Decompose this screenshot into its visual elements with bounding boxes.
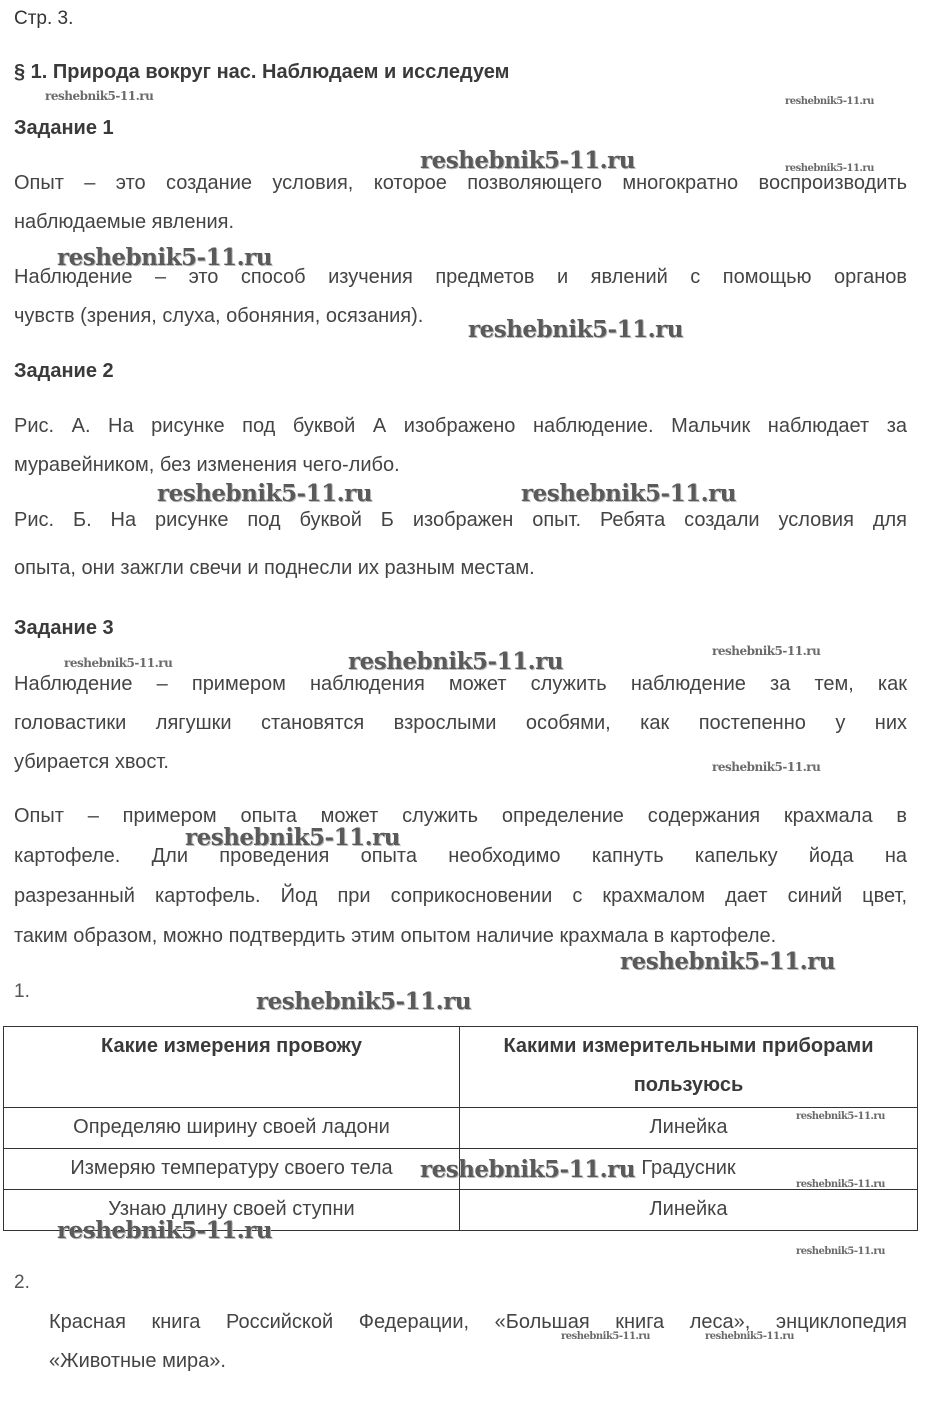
item-2-line-2: «Животные мира». bbox=[49, 1350, 907, 1373]
table-cell: Линейка bbox=[460, 1190, 918, 1231]
measurements-table: Какие измерения провожу Какими измерител… bbox=[3, 1026, 918, 1231]
task-3-line-5: картофеле. Дли проведения опыта необходи… bbox=[14, 845, 907, 868]
task-2-line-2: муравейником, без изменения чего-либо. bbox=[14, 454, 907, 477]
watermark: reshebnik5-11.ru bbox=[796, 1246, 885, 1257]
watermark: reshebnik5-11.ru bbox=[256, 988, 471, 1015]
watermark: reshebnik5-11.ru bbox=[712, 644, 820, 658]
watermark: reshebnik5-11.ru bbox=[45, 89, 153, 103]
watermark: reshebnik5-11.ru bbox=[796, 1111, 885, 1122]
watermark: reshebnik5-11.ru bbox=[420, 147, 635, 174]
task-1-line-4: чувств (зрения, слуха, обоняния, осязани… bbox=[14, 305, 907, 328]
task-3-title: Задание 3 bbox=[14, 617, 114, 640]
watermark: reshebnik5-11.ru bbox=[57, 244, 272, 271]
task-1-title: Задание 1 bbox=[14, 117, 114, 140]
watermark: reshebnik5-11.ru bbox=[521, 480, 736, 507]
task-3-line-4: Опыт – примером опыта может служить опре… bbox=[14, 805, 907, 828]
watermark: reshebnik5-11.ru bbox=[468, 316, 683, 343]
watermark: reshebnik5-11.ru bbox=[705, 1331, 794, 1342]
item-2-label: 2. bbox=[14, 1272, 30, 1294]
section-title: § 1. Природа вокруг нас. Наблюдаем и исс… bbox=[14, 61, 509, 84]
watermark: reshebnik5-11.ru bbox=[420, 1156, 635, 1183]
watermark: reshebnik5-11.ru bbox=[348, 648, 563, 675]
watermark: reshebnik5-11.ru bbox=[185, 824, 400, 851]
table-header-instruments: Какими измерительными приборами пользуюс… bbox=[460, 1027, 918, 1108]
task-3-line-1: Наблюдение – примером наблюдения может с… bbox=[14, 673, 907, 696]
task-2-line-1: Рис. А. На рисунке под буквой А изображе… bbox=[14, 415, 907, 438]
watermark: reshebnik5-11.ru bbox=[712, 760, 820, 774]
page-label: Стр. 3. bbox=[14, 8, 73, 30]
task-2-line-3: Рис. Б. На рисунке под буквой Б изображе… bbox=[14, 509, 907, 532]
watermark: reshebnik5-11.ru bbox=[796, 1179, 885, 1190]
watermark: reshebnik5-11.ru bbox=[157, 480, 372, 507]
table-cell: Определяю ширину своей ладони bbox=[4, 1108, 460, 1149]
task-3-line-7: таким образом, можно подтвердить этим оп… bbox=[14, 925, 907, 948]
watermark: reshebnik5-11.ru bbox=[64, 656, 172, 670]
task-2-line-4: опыта, они зажгли свечи и поднесли их ра… bbox=[14, 557, 907, 580]
table-header-row: Какие измерения провожу Какими измерител… bbox=[4, 1027, 918, 1108]
watermark: reshebnik5-11.ru bbox=[785, 163, 874, 174]
task-1-line-1: Опыт – это создание условия, которое поз… bbox=[14, 172, 907, 195]
item-1-label: 1. bbox=[14, 981, 30, 1003]
task-3-line-2: головастики лягушки становятся взрослыми… bbox=[14, 712, 907, 735]
task-2-title: Задание 2 bbox=[14, 360, 114, 383]
task-3-line-6: разрезанный картофель. Йод при соприкосн… bbox=[14, 885, 907, 908]
table-row: Определяю ширину своей ладони Линейка bbox=[4, 1108, 918, 1149]
task-1-line-2: наблюдаемые явления. bbox=[14, 211, 907, 234]
table-header-measurements: Какие измерения провожу bbox=[4, 1027, 460, 1108]
watermark: reshebnik5-11.ru bbox=[620, 948, 835, 975]
watermark: reshebnik5-11.ru bbox=[57, 1217, 272, 1244]
watermark: reshebnik5-11.ru bbox=[785, 96, 874, 107]
watermark: reshebnik5-11.ru bbox=[561, 1331, 650, 1342]
table-cell: Измеряю температуру своего тела bbox=[4, 1149, 460, 1190]
